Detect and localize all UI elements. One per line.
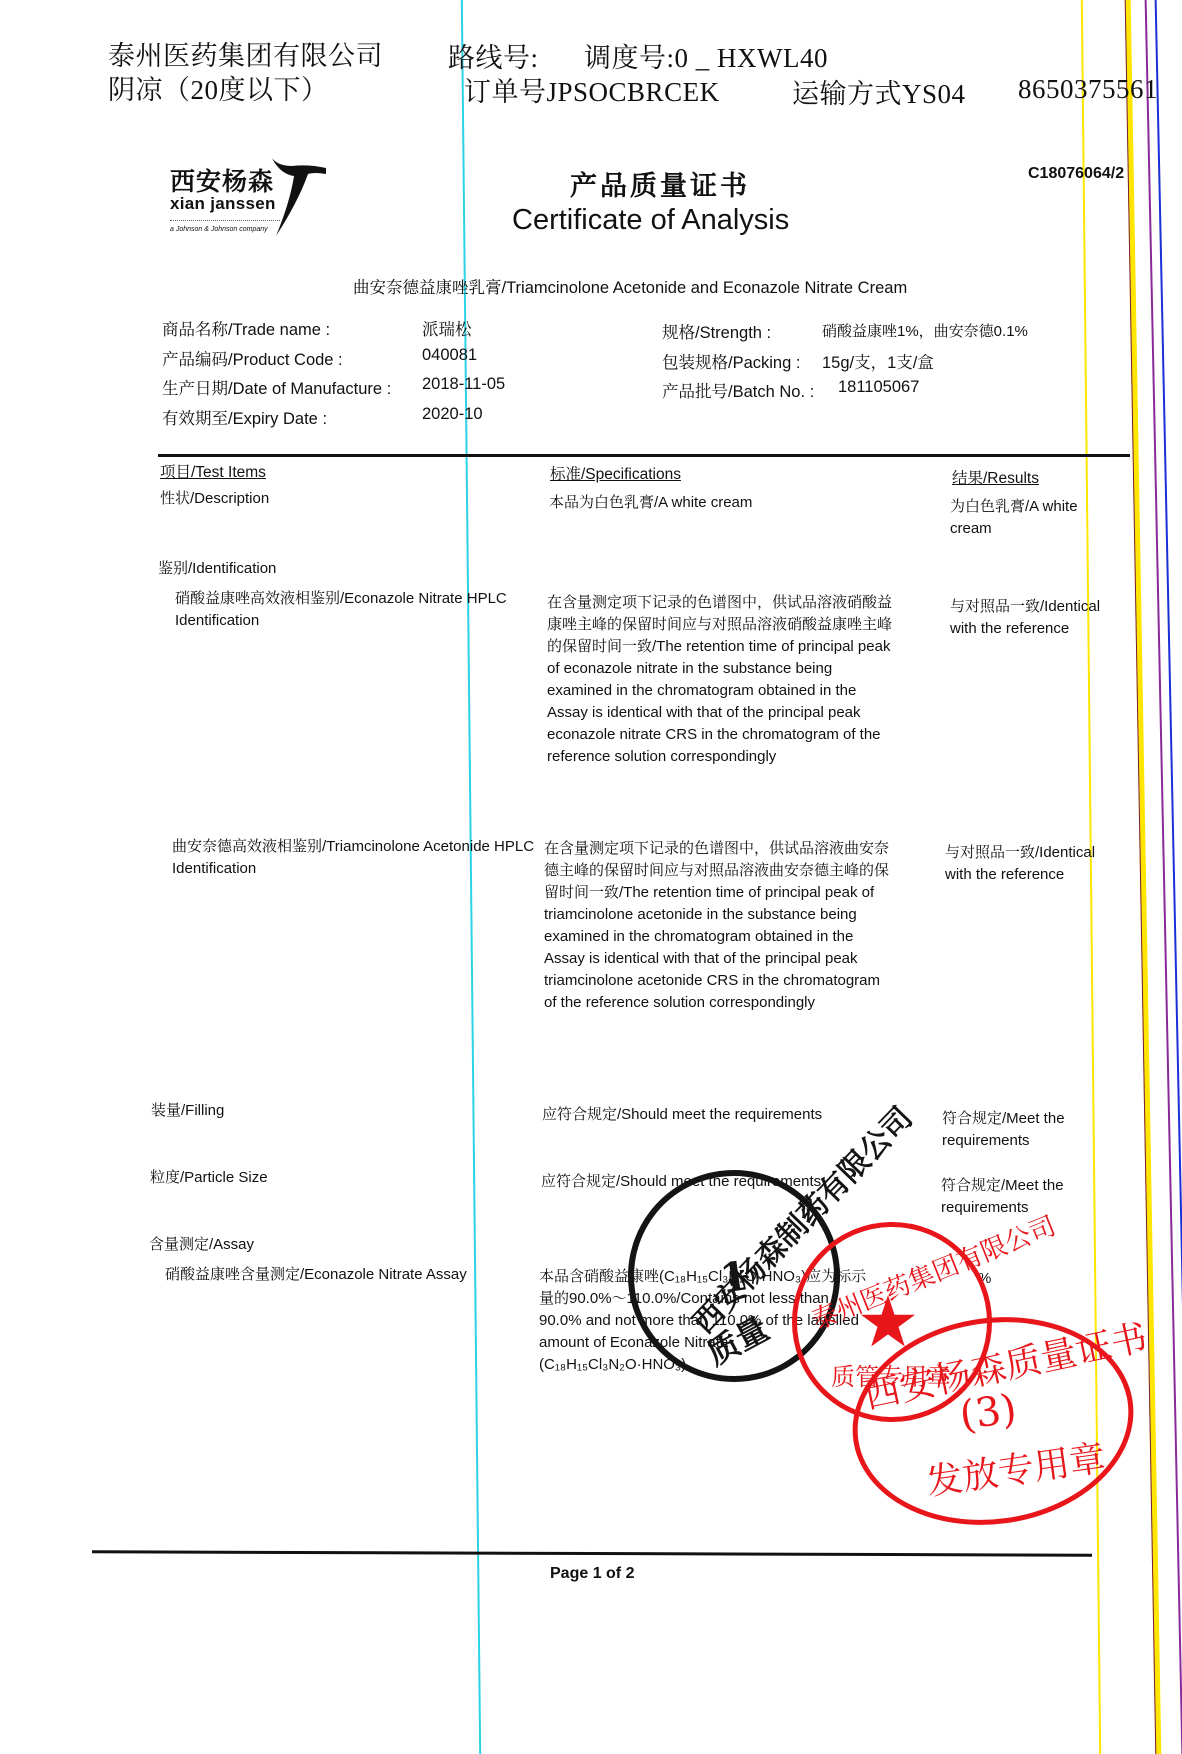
item-cell: 性状/Description	[160, 488, 520, 510]
result-cell: 与对照品一致/Identical with the reference	[950, 596, 1120, 640]
red-round-bottom: 质管专用章	[831, 1357, 951, 1392]
packing-label: 包装规格/Packing :	[662, 349, 800, 373]
item-cell: 装量/Filling	[151, 1100, 511, 1122]
header-test-items: 项目/Test Items	[160, 460, 266, 482]
spec-cell: 本品为白色乳膏/A white cream	[549, 492, 909, 514]
scan-line-blue	[1155, 0, 1182, 1754]
product-title: 曲安奈德益康唑乳膏/Triamcinolone Acetonide and Ec…	[353, 274, 907, 298]
logo-name-cn: 西安杨森	[170, 162, 274, 198]
storage-condition: 阴凉（20度以下）	[108, 68, 329, 107]
document-number: C18076064/2	[1028, 165, 1124, 183]
spec-cell: 在含量测定项下记录的色谱图中，供试品溶液曲安奈德主峰的保留时间应与对照品溶液曲安…	[544, 838, 896, 1014]
company-logo: 西安杨森 xian janssen a Johnson & Johnson co…	[168, 152, 318, 242]
trade-name-value: 派瑞松	[422, 316, 472, 340]
red-oval-bottom: 发放专用章	[923, 1430, 1108, 1506]
trade-name-label: 商品名称/Trade name :	[162, 316, 330, 340]
tracking-number: 8650375561	[1018, 74, 1158, 105]
result-cell: 符合规定/Meet the requirements	[941, 1175, 1091, 1219]
result-cell: 为白色乳膏/A white cream	[950, 496, 1100, 540]
title-en: Certificate of Analysis	[512, 204, 789, 237]
order-number: 订单号JPSOCBRCEK	[464, 70, 720, 109]
strength-value: 硝酸益康唑1%，曲安奈德0.1%	[822, 320, 1028, 341]
manufacture-date-value: 2018-11-05	[422, 375, 505, 394]
red-oval-center: (3)	[957, 1386, 1020, 1439]
spec-cell: 在含量测定项下记录的色谱图中，供试品溶液硝酸益康唑主峰的保留时间应与对照品溶液硝…	[547, 592, 897, 768]
header-results: 结果/Results	[952, 466, 1039, 488]
packing-value: 15g/支，1支/盒	[822, 349, 934, 373]
result-cell: 符合规定/Meet the requirements	[942, 1108, 1092, 1152]
strength-label: 规格/Strength :	[662, 319, 771, 343]
table-top-rule	[158, 454, 1130, 457]
item-cell: 硝酸益康唑含量测定/Econazole Nitrate Assay	[165, 1264, 535, 1286]
footer-rule	[92, 1550, 1092, 1556]
logo-divider	[170, 218, 280, 221]
item-cell: 粒度/Particle Size	[150, 1167, 510, 1189]
item-cell: 曲安奈德高效液相鉴别/Triamcinolone Acetonide HPLC …	[172, 836, 542, 880]
result-cell: 与对照品一致/Identical with the reference	[945, 842, 1115, 886]
expiry-date-label: 有效期至/Expiry Date :	[162, 405, 327, 429]
red-qa-stamp: 泰州医药集团有限公司 质管专用章	[792, 1222, 992, 1422]
star-icon	[860, 1295, 916, 1349]
transport-method: 运输方式YS04	[792, 72, 966, 111]
header-specifications: 标准/Specifications	[550, 462, 681, 484]
item-cell: 硝酸益康唑高效液相鉴别/Econazole Nitrate HPLC Ident…	[175, 588, 545, 632]
item-cell: 含量测定/Assay	[149, 1234, 509, 1256]
logo-swoosh-icon	[268, 152, 330, 238]
manufacture-date-label: 生产日期/Date of Manufacture :	[162, 375, 391, 399]
logo-tagline: a Johnson & Johnson company	[170, 226, 268, 233]
logo-name-en: xian janssen	[170, 194, 276, 214]
expiry-date-value: 2020-10	[422, 405, 483, 424]
scan-line-yellow-thick	[1125, 0, 1162, 1754]
page-number: Page 1 of 2	[550, 1565, 634, 1583]
spec-cell: 应符合规定/Should meet the requirements	[542, 1104, 902, 1126]
product-code-value: 040081	[422, 346, 477, 365]
product-code-label: 产品编码/Product Code :	[162, 346, 343, 370]
item-cell: 鉴别/Identification	[158, 558, 518, 580]
batch-no-value: 181105067	[838, 378, 919, 397]
batch-no-label: 产品批号/Batch No. :	[662, 378, 814, 402]
title-cn: 产品质量证书	[570, 164, 750, 203]
